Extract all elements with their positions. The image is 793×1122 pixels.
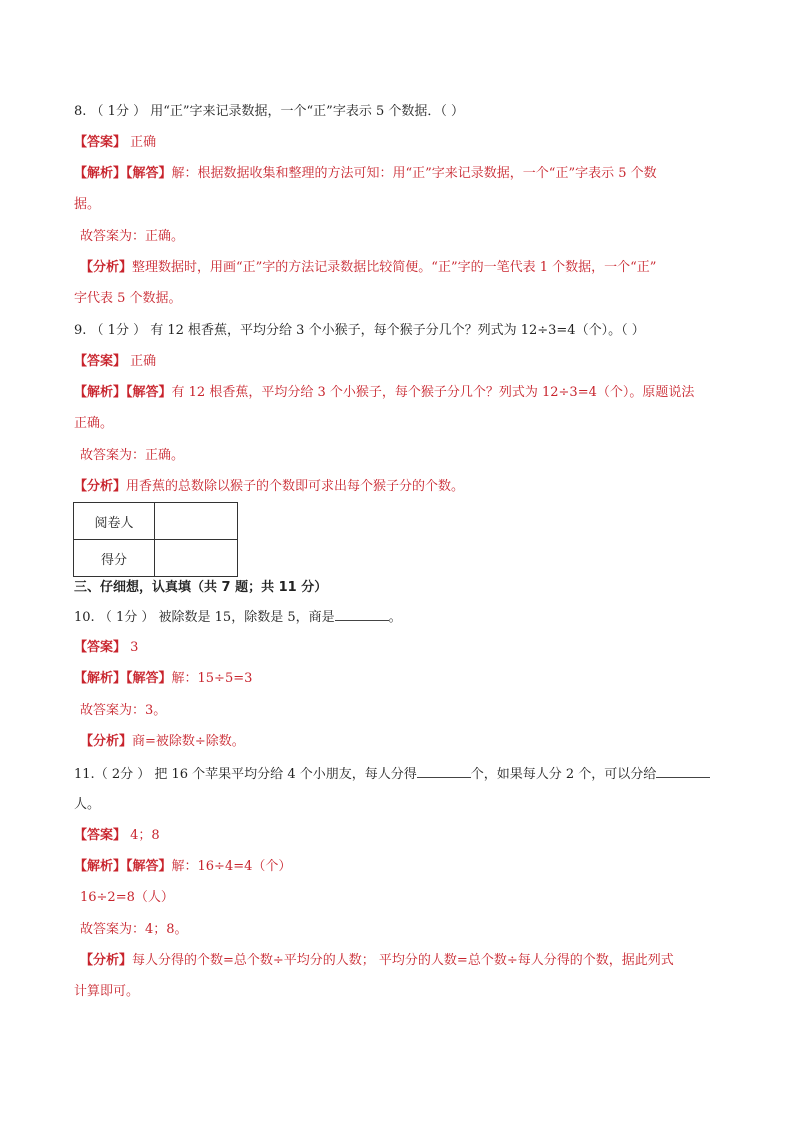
reason-text: 整理数据时，用画“正”字的方法记录数据比较简便。“正”字的一笔代表 1 个数据，…: [132, 260, 656, 275]
answer-9: 【答案】 正确: [74, 353, 156, 371]
analysis-tag: 【解析】【解答】: [74, 166, 172, 181]
question-number: 10.: [74, 610, 95, 625]
analysis-text: 解：15÷5=3: [172, 671, 253, 686]
reason-tag: 【分析】: [80, 260, 132, 275]
reason-8-line2: 字代表 5 个数据。: [74, 290, 182, 308]
question-score: （ 1分 ）: [91, 104, 147, 119]
question-text: 被除数是 15，除数是 5，商是: [159, 610, 335, 625]
question-number: 9.: [74, 323, 86, 338]
answer-tag: 【答案】: [74, 828, 126, 843]
reason-11-line1: 【分析】每人分得的个数=总个数÷平均分的人数； 平均分的人数=总个数÷每人分得的…: [80, 952, 674, 970]
question-8: 8. （ 1分 ） 用“正”字来记录数据，一个“正”字表示 5 个数据．（ ）: [74, 103, 464, 121]
score-value-cell: [155, 540, 238, 577]
grader-row-score: 得分: [74, 540, 238, 577]
answer-tag: 【答案】: [74, 640, 126, 655]
question-text-mid: 个，如果每人分 2 个，可以分给: [471, 767, 657, 782]
answer-10: 【答案】 3: [74, 639, 138, 657]
analysis-9-line2: 正确。: [74, 415, 113, 433]
answer-blank-2[interactable]: [656, 765, 710, 778]
conclusion-10: 故答案为：3。: [80, 702, 166, 720]
analysis-tag: 【解析】【解答】: [74, 385, 172, 400]
question-10: 10. （ 1分 ） 被除数是 15，除数是 5，商是。: [74, 608, 402, 627]
answer-tag: 【答案】: [74, 135, 126, 150]
question-score: （ 1分 ）: [91, 323, 147, 338]
question-text-end: 。: [389, 610, 402, 625]
answer-8: 【答案】 正确: [74, 134, 156, 152]
answer-blank[interactable]: [335, 608, 389, 621]
question-number: 11.: [74, 767, 95, 782]
question-score: （ 1分 ）: [99, 610, 155, 625]
analysis-9-line1: 【解析】【解答】有 12 根香蕉，平均分给 3 个小猴子，每个猴子分几个？列式为…: [74, 384, 694, 402]
analysis-tag: 【解析】【解答】: [74, 859, 172, 874]
conclusion-9: 故答案为：正确。: [80, 447, 184, 465]
reason-text: 每人分得的个数=总个数÷平均分的人数； 平均分的人数=总个数÷每人分得的个数，据…: [132, 953, 674, 968]
analysis-text: 解：16÷4=4（个）: [172, 859, 292, 874]
answer-tag: 【答案】: [74, 354, 126, 369]
analysis-11-line2: 16÷2=8（人）: [80, 889, 174, 907]
reviewer-label: 阅卷人: [74, 503, 155, 540]
answer-blank-1[interactable]: [417, 765, 471, 778]
answer-value: 正确: [130, 354, 156, 369]
reviewer-value-cell: [155, 503, 238, 540]
score-label: 得分: [74, 540, 155, 577]
reason-10-line1: 【分析】商=被除数÷除数。: [80, 733, 245, 751]
grader-table: 阅卷人 得分: [73, 502, 238, 577]
analysis-11-line1: 【解析】【解答】解：16÷4=4（个）: [74, 858, 291, 876]
analysis-8-line2: 据。: [74, 196, 100, 214]
analysis-text: 解：根据数据收集和整理的方法可知：用“正”字来记录数据，一个“正”字表示 5 个…: [172, 166, 657, 181]
reason-tag: 【分析】: [80, 734, 132, 749]
question-text: 把 16 个苹果平均分给 4 个小朋友，每人分得: [154, 767, 416, 782]
analysis-tag: 【解析】【解答】: [74, 671, 172, 686]
answer-11: 【答案】 4；8: [74, 827, 160, 845]
question-text: 有 12 根香蕉，平均分给 3 个小猴子，每个猴子分几个？列式为 12÷3=4（…: [150, 323, 644, 338]
question-text: 用“正”字来记录数据，一个“正”字表示 5 个数据．（ ）: [150, 104, 464, 119]
answer-value: 正确: [130, 135, 156, 150]
reason-tag: 【分析】: [74, 479, 126, 494]
reason-8-line1: 【分析】整理数据时，用画“正”字的方法记录数据比较简便。“正”字的一笔代表 1 …: [80, 259, 656, 277]
reason-text: 商=被除数÷除数。: [132, 734, 245, 749]
question-11-line2: 人。: [74, 796, 100, 814]
question-number: 8.: [74, 104, 86, 119]
reason-9-line1: 【分析】用香蕉的总数除以猴子的个数即可求出每个猴子分的个数。: [74, 478, 464, 496]
question-9: 9. （ 1分 ） 有 12 根香蕉，平均分给 3 个小猴子，每个猴子分几个？列…: [74, 322, 645, 340]
conclusion-8: 故答案为：正确。: [80, 228, 184, 246]
answer-value: 4；8: [130, 828, 160, 843]
reason-11-line2: 计算即可。: [74, 983, 139, 1001]
reason-text: 用香蕉的总数除以猴子的个数即可求出每个猴子分的个数。: [126, 479, 464, 494]
analysis-text: 有 12 根香蕉，平均分给 3 个小猴子，每个猴子分几个？列式为 12÷3=4（…: [172, 385, 695, 400]
analysis-8-line1: 【解析】【解答】解：根据数据收集和整理的方法可知：用“正”字来记录数据，一个“正…: [74, 165, 657, 183]
conclusion-11: 故答案为：4；8。: [80, 921, 188, 939]
answer-value: 3: [130, 640, 138, 655]
grader-row-reviewer: 阅卷人: [74, 503, 238, 540]
question-11: 11.（ 2分 ） 把 16 个苹果平均分给 4 个小朋友，每人分得个，如果每人…: [74, 765, 710, 784]
analysis-10-line1: 【解析】【解答】解：15÷5=3: [74, 670, 252, 688]
reason-tag: 【分析】: [80, 953, 132, 968]
question-score: （ 2分 ）: [95, 767, 151, 782]
section-title: 三、仔细想，认真填（共 7 题；共 11 分）: [74, 576, 327, 595]
